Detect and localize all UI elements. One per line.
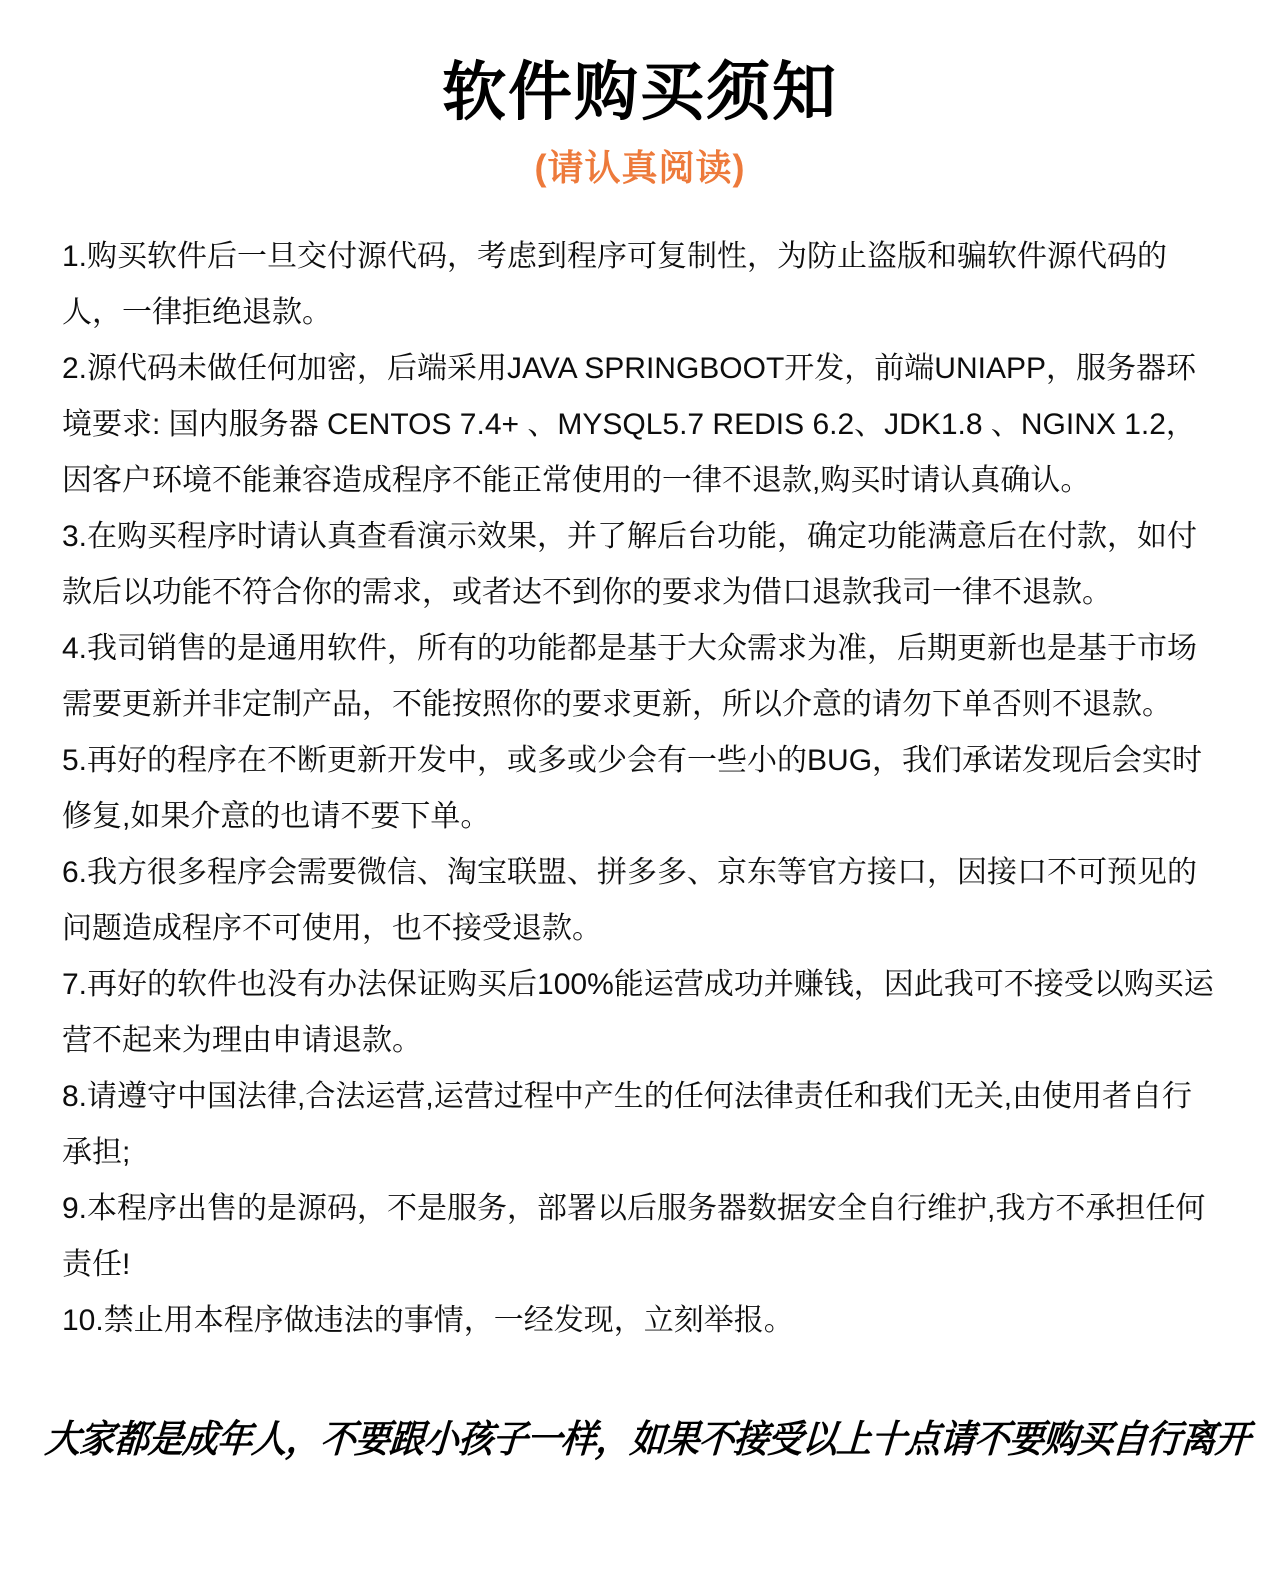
notice-item-5: 5.再好的程序在不断更新开发中，或多或少会有一些小的BUG，我们承诺发现后会实时… [62,733,1218,845]
notice-list: 1.购买软件后一旦交付源代码，考虑到程序可复制性，为防止盗版和骗软件源代码的人，… [62,229,1218,1349]
notice-item-9: 9.本程序出售的是源码，不是服务，部署以后服务器数据安全自行维护,我方不承担任何… [62,1181,1218,1293]
footer-warning: 大家都是成年人，不要跟小孩子一样，如果不接受以上十点请不要购买自行离开 [44,1408,1252,1463]
notice-item-10: 10.禁止用本程序做违法的事情，一经发现，立刻举报。 [62,1293,1218,1349]
notice-item-1: 1.购买软件后一旦交付源代码，考虑到程序可复制性，为防止盗版和骗软件源代码的人，… [62,229,1218,341]
notice-item-7: 7.再好的软件也没有办法保证购买后100%能运营成功并赚钱，因此我可不接受以购买… [62,957,1218,1069]
notice-item-3: 3.在购买程序时请认真查看演示效果，并了解后台功能，确定功能满意后在付款，如付款… [62,509,1218,621]
purchase-notice-page: 软件购买须知 (请认真阅读) 1.购买软件后一旦交付源代码，考虑到程序可复制性，… [0,0,1280,1576]
notice-item-2: 2.源代码未做任何加密，后端采用JAVA SPRINGBOOT开发，前端UNIA… [62,341,1218,509]
notice-item-6: 6.我方很多程序会需要微信、淘宝联盟、拼多多、京东等官方接口，因接口不可预见的问… [62,845,1218,957]
notice-item-8: 8.请遵守中国法律,合法运营,运营过程中产生的任何法律责任和我们无关,由使用者自… [62,1069,1218,1181]
footer-warning-row: 大家都是成年人，不要跟小孩子一样，如果不接受以上十点请不要购买自行离开 [0,1408,1280,1463]
notice-item-4: 4.我司销售的是通用软件，所有的功能都是基于大众需求为准，后期更新也是基于市场需… [62,621,1218,733]
page-subtitle: (请认真阅读) [0,146,1280,189]
page-title: 软件购买须知 [0,56,1280,130]
